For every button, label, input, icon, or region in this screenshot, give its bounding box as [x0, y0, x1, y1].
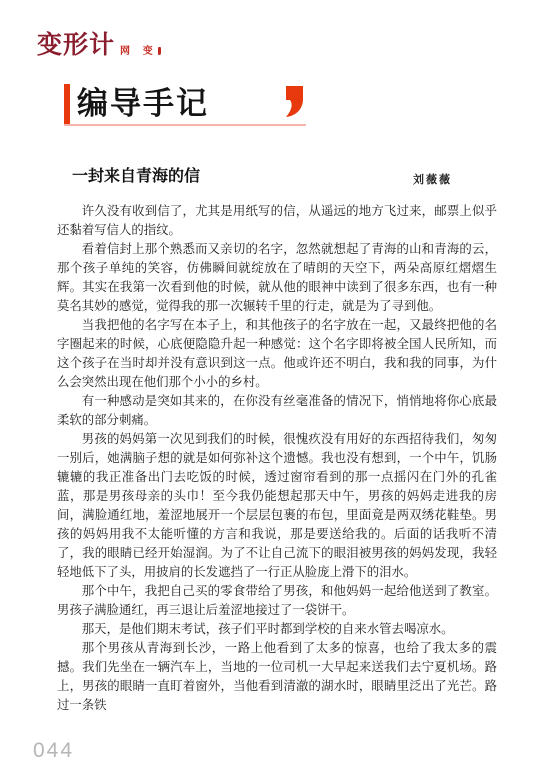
page-number: 044	[33, 739, 74, 763]
brand-logo-subtext: 网 变	[120, 42, 158, 58]
paragraph: 男孩的妈妈第一次见到我们的时候，很愧疚没有用好的东西招待我们，匆匆一别后，她满脑…	[57, 430, 497, 582]
section-title: 编导手记	[77, 84, 209, 124]
brand-logo-text: 变形计	[37, 33, 115, 58]
paragraph: 看着信封上那个熟悉而又亲切的名字，忽然就想起了青海的山和青海的云，那个孩子单纯的…	[57, 240, 497, 316]
paragraph: 许久没有收到信了，尤其是用纸写的信，从遥远的地方飞过来，邮票上似乎还黏着写信人的…	[57, 202, 497, 240]
paragraph: 有一种感动是突如其来的，在你没有丝毫准备的情况下，悄悄地将你心底最柔软的部分刺痛…	[57, 392, 497, 430]
paragraph: 那个中午，我把自己买的零食带给了男孩，和他妈妈一起给他送到了教室。男孩子满脸通红…	[57, 582, 497, 620]
article-body: 许久没有收到信了，尤其是用纸写的信，从遥远的地方飞过来，邮票上似乎还黏着写信人的…	[57, 202, 497, 715]
accent-bar	[64, 84, 70, 124]
article-author: 刘薇薇	[413, 171, 452, 187]
article-title: 一封来自青海的信	[72, 163, 200, 186]
paragraph: 那个男孩从青海到长沙，一路上他看到了太多的惊喜，也给了我太多的震撼。我们先坐在一…	[57, 639, 497, 715]
logo-quote-mark-icon	[158, 47, 161, 55]
quote-comma-path	[286, 86, 303, 117]
brand-logo: 变形计 网 变	[37, 33, 161, 58]
quote-comma-icon	[283, 86, 303, 117]
paragraph: 那天，是他们期末考试，孩子们平时都到学校的自来水管去喝凉水。	[57, 620, 497, 639]
paragraph: 当我把他的名字写在本子上，和其他孩子的名字放在一起，又最终把他的名字圈起来的时候…	[57, 316, 497, 392]
section-header: 编导手记	[64, 84, 306, 126]
